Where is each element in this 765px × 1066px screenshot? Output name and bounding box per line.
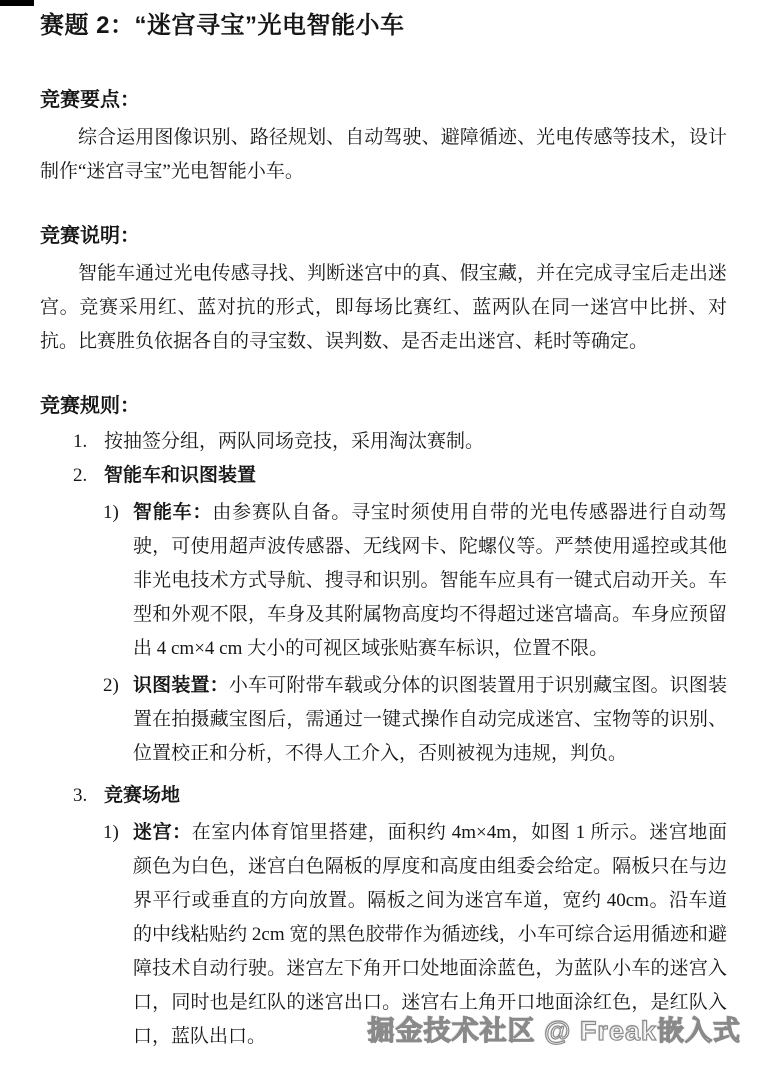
- subitem-smart-car: 1) 智能车：由参赛队自备。寻宝时须使用自带的光电传感器进行自动驾驶，可使用超声…: [103, 496, 727, 666]
- subitem-text: 由参赛队自备。寻宝时须使用自带的光电传感器进行自动驾驶，可使用超声波传感器、无线…: [133, 502, 727, 659]
- rule-item-car-and-vision: 2. 智能车和识图装置: [73, 459, 727, 493]
- rules-heading: 竞赛规则：: [40, 393, 727, 419]
- rule-item-grouping: 1. 按抽签分组，两队同场竞技，采用淘汰赛制。: [73, 425, 727, 459]
- subitem-paragraph: 识图装置：小车可附带车载或分体的识图装置用于识别藏宝图。识图装置在拍摄藏宝图后，…: [133, 669, 727, 771]
- rule-title: 智能车和识图装置: [104, 459, 256, 493]
- subitem-label: 迷宫：: [133, 822, 192, 843]
- rules-list: 1. 按抽签分组，两队同场竞技，采用淘汰赛制。 2. 智能车和识图装置 1) 智…: [40, 425, 727, 1054]
- subitem-label: 智能车：: [133, 502, 212, 523]
- description-paragraph: 智能车通过光电传感寻找、判断迷宫中的真、假宝藏，并在完成寻宝后走出迷宫。竞赛采用…: [40, 257, 727, 359]
- document-content: 赛题 2：“迷宫寻宝”光电智能小车 竞赛要点： 综合运用图像识别、路径规划、自动…: [0, 0, 765, 1054]
- key-points-paragraph: 综合运用图像识别、路径规划、自动驾驶、避障循迹、光电传感等技术，设计制作“迷宫寻…: [40, 121, 727, 189]
- rule-number: 3.: [73, 779, 104, 813]
- subitem-number: 1): [103, 816, 133, 1054]
- subitem-label: 识图装置：: [133, 675, 229, 696]
- rule-number: 1.: [73, 425, 104, 459]
- subitem-number: 2): [103, 669, 133, 771]
- watermark: 掘金技术社区 @ Freak嵌入式: [368, 1009, 741, 1048]
- rule-text: 按抽签分组，两队同场竞技，采用淘汰赛制。: [104, 425, 484, 459]
- subitem-paragraph: 智能车：由参赛队自备。寻宝时须使用自带的光电传感器进行自动驾驶，可使用超声波传感…: [133, 496, 727, 666]
- subitem-vision-device: 2) 识图装置：小车可附带车载或分体的识图装置用于识别藏宝图。识图装置在拍摄藏宝…: [103, 669, 727, 771]
- page-title: 赛题 2：“迷宫寻宝”光电智能小车: [40, 10, 727, 42]
- rule-title: 竞赛场地: [104, 779, 180, 813]
- section-rules: 竞赛规则： 1. 按抽签分组，两队同场竞技，采用淘汰赛制。 2. 智能车和识图装…: [40, 393, 727, 1054]
- document-page: 赛题 2：“迷宫寻宝”光电智能小车 竞赛要点： 综合运用图像识别、路径规划、自动…: [0, 0, 765, 1066]
- rule-number: 2.: [73, 459, 104, 493]
- section-key-points: 竞赛要点： 综合运用图像识别、路径规划、自动驾驶、避障循迹、光电传感等技术，设计…: [40, 87, 727, 189]
- key-points-heading: 竞赛要点：: [40, 87, 727, 113]
- subitem-number: 1): [103, 496, 133, 666]
- section-description: 竞赛说明： 智能车通过光电传感寻找、判断迷宫中的真、假宝藏，并在完成寻宝后走出迷…: [40, 223, 727, 359]
- description-heading: 竞赛说明：: [40, 223, 727, 249]
- rule-item-venue: 3. 竞赛场地: [73, 779, 727, 813]
- scan-artifact-mark: [0, 0, 34, 6]
